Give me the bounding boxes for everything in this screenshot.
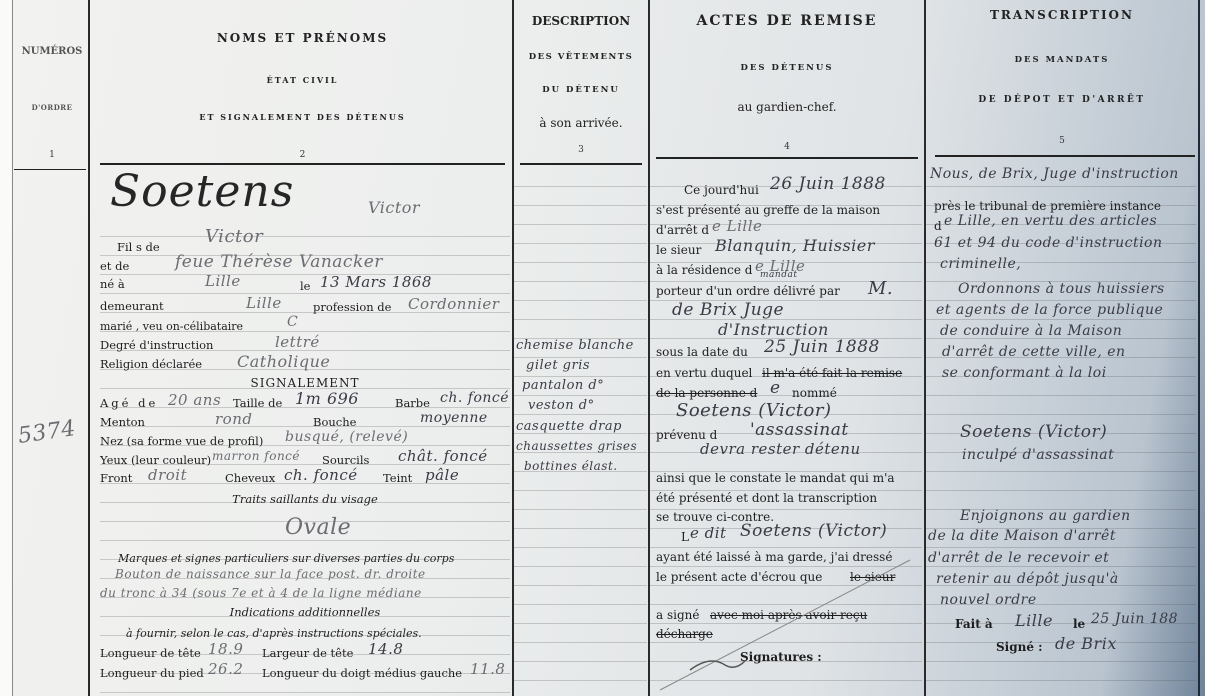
label-profession: profession de xyxy=(313,300,391,314)
column-number: 1 xyxy=(14,150,90,160)
transcription-line: Ordonnons à tous huissiers xyxy=(958,281,1165,297)
acte-text: e xyxy=(770,378,781,398)
acte-magistrat: M. xyxy=(868,278,893,299)
column-header-title: TRANSCRIPTION xyxy=(926,8,1198,22)
label-demeurant: demeurant xyxy=(100,299,164,313)
acte-text: nommé xyxy=(792,386,837,400)
acte-text-struck: de la personne d xyxy=(656,386,757,400)
column-header-subtitle: à son arrivée. xyxy=(514,116,648,130)
column-header-subtitle: DES DÉTENUS xyxy=(650,63,924,73)
header-rule-col1 xyxy=(14,169,86,170)
label-bouche: Bouche xyxy=(313,415,356,429)
label-instruction: Degré d'instruction xyxy=(100,338,213,352)
acte-text: ainsi que le constate le mandat qui m'a xyxy=(656,471,895,485)
acte-text-struck: il m'a été fait la remise xyxy=(762,366,902,380)
transcription-charge: inculpé d'assassinat xyxy=(962,447,1114,463)
value-cheveux: ch. foncé xyxy=(284,466,358,484)
value-ne-a: Lille xyxy=(205,272,241,290)
fait-a-label: Fait à xyxy=(955,617,993,631)
label-le: le xyxy=(300,279,310,293)
label-doigt-medius: Longueur du doigt médius gauche xyxy=(262,666,462,680)
acte-detenu-name: Soetens (Victor) xyxy=(676,400,832,421)
label-teint: Teint xyxy=(383,471,412,485)
label-yeux: Yeux (leur couleur) xyxy=(100,453,211,467)
acte-text: s'est présenté au greffe de la maison xyxy=(656,203,880,217)
acte-text: à la résidence d xyxy=(656,263,752,277)
value-age: 20 ans xyxy=(168,391,221,409)
column-header-title: NOMS ET PRÉNOMS xyxy=(100,31,505,45)
value-birth-date: 13 Mars 1868 xyxy=(320,273,432,291)
label-age: Agé de xyxy=(100,396,158,410)
column-header-title: DESCRIPTION xyxy=(514,14,648,28)
value-doigt-medius: 11.8 xyxy=(470,660,505,678)
value-longueur-pied: 26.2 xyxy=(208,660,243,678)
indications-subtitle: à fournir, selon le cas, d'après instruc… xyxy=(126,627,422,640)
column-number: 2 xyxy=(100,150,505,160)
transcription-line: e Lille, en vertu des articles xyxy=(944,213,1157,229)
transcription-line: retenir au dépôt jusqu'à xyxy=(936,571,1119,587)
indications-title: Indications additionnelles xyxy=(100,605,510,619)
column-header-subtitle: DU DÉTENU xyxy=(514,85,648,95)
acte-text: été présenté et dont la transcription xyxy=(656,491,877,505)
label-taille: Taille de xyxy=(233,396,282,410)
header-rule-col5 xyxy=(935,155,1195,157)
label-largeur-tete: Largeur de tête xyxy=(262,646,353,660)
acte-detenu-name: Soetens (Victor) xyxy=(740,521,887,541)
value-traits: Ovale xyxy=(285,515,351,540)
column-header-subtitle: D'ORDRE xyxy=(14,103,90,112)
acte-text: d'arrêt d xyxy=(656,223,709,237)
acte-mandat-date: 25 Juin 1888 xyxy=(764,337,880,357)
column-header-subtitle: DE DÉPOT ET D'ARRÊT xyxy=(926,95,1198,105)
value-sourcils: chât. foncé xyxy=(398,447,488,465)
transcription-line: criminelle, xyxy=(940,256,1021,272)
label-traits: Traits saillants du visage xyxy=(100,492,510,506)
detainee-surname: Soetens xyxy=(110,166,294,217)
label-longueur-pied: Longueur du pied xyxy=(100,666,204,680)
acte-huissier: Blanquin, Huissier xyxy=(715,236,875,255)
value-demeurant: Lille xyxy=(246,294,282,312)
fait-le-label: le xyxy=(1073,617,1085,631)
transcription-line: nouvel ordre xyxy=(940,592,1037,608)
label-religion: Religion déclarée xyxy=(100,357,202,371)
value-longueur-tete: 18.9 xyxy=(208,640,243,658)
transcription-line: 61 et 94 du code d'instruction xyxy=(934,235,1163,251)
column-border-6 xyxy=(1198,0,1200,696)
clothes-item: chaussettes grises xyxy=(516,439,637,453)
transcription-line: d'arrêt de le recevoir et xyxy=(928,550,1109,566)
acte-text: en vertu duquel xyxy=(656,366,752,380)
signature-strokes xyxy=(650,540,925,696)
transcription-line: d'arrêt de cette ville, en xyxy=(942,344,1126,360)
acte-magistrat: de Brix Juge xyxy=(672,300,784,320)
value-front: droit xyxy=(148,466,187,484)
label-longueur-tete: Longueur de tête xyxy=(100,646,201,660)
value-menton: rond xyxy=(215,410,252,428)
transcription-line: se conformant à la loi xyxy=(942,365,1107,381)
column-number: 3 xyxy=(514,145,648,155)
fait-a-place: Lille xyxy=(1015,611,1053,630)
label-marques: Marques et signes particuliers sur diver… xyxy=(118,552,454,565)
value-instruction: lettré xyxy=(275,333,320,351)
value-et-de: feue Thérèse Vanacker xyxy=(175,252,383,272)
clothes-item: casquette drap xyxy=(516,419,622,434)
transcription-name: Soetens (Victor) xyxy=(960,422,1107,442)
header-rule-col2 xyxy=(100,163,505,165)
value-marital-status: C xyxy=(287,314,298,330)
label-marital-status: marié , veu on-célibataire xyxy=(100,320,243,333)
transcription-line: de conduire à la Maison xyxy=(940,323,1122,339)
column-number: 4 xyxy=(650,142,924,152)
clothes-item: bottines élast. xyxy=(524,459,618,473)
clothes-item: gilet gris xyxy=(526,358,590,373)
label-cheveux: Cheveux xyxy=(225,471,275,485)
detainee-firstname: Victor xyxy=(368,198,420,217)
acte-text: porteur d'un ordre délivré par xyxy=(656,284,840,298)
value-largeur-tete: 14.8 xyxy=(368,640,403,658)
acte-text: Ce jourd'hui xyxy=(684,183,759,197)
transcription-print: d xyxy=(934,219,942,233)
transcription-line: Nous, de Brix, Juge d'instruction xyxy=(930,166,1179,182)
value-marques-line-1: Bouton de naissance sur la face post. dr… xyxy=(115,567,426,581)
value-yeux: marron foncé xyxy=(212,449,300,463)
label-barbe: Barbe xyxy=(395,396,430,410)
signalement-title: SIGNALEMENT xyxy=(100,376,510,390)
column-border-1 xyxy=(12,0,13,696)
column-number: 5 xyxy=(926,136,1198,146)
column-header-subtitle: ÉTAT CIVIL xyxy=(100,75,505,85)
column-header-title: NUMÉROS xyxy=(14,46,90,57)
value-barbe: ch. foncé xyxy=(440,390,509,406)
acte-date: 26 Juin 1888 xyxy=(770,174,886,194)
order-number: 5374 xyxy=(17,416,78,449)
transcription-line: de la dite Maison d'arrêt xyxy=(928,528,1116,544)
acte-text: devra rester détenu xyxy=(700,440,861,458)
value-profession: Cordonnier xyxy=(408,295,499,313)
acte-text: le sieur xyxy=(656,243,701,257)
acte-text: sous la date du xyxy=(656,345,748,359)
column-header-title: ACTES DE REMISE xyxy=(650,13,924,29)
column-header-subtitle: DES VÊTEMENTS xyxy=(514,52,648,62)
signe-value: de Brix xyxy=(1055,634,1117,653)
header-rule-col4 xyxy=(656,157,918,159)
transcription-line: Enjoignons au gardien xyxy=(960,508,1131,524)
label-et-de: et de xyxy=(100,259,129,273)
signe-label: Signé : xyxy=(996,640,1043,654)
label-menton: Menton xyxy=(100,415,145,429)
label-sourcils: Sourcils xyxy=(322,453,369,467)
acte-prevention: 'assassinat xyxy=(750,420,849,440)
label-front: Front xyxy=(100,471,132,485)
clothes-item: chemise blanche xyxy=(516,338,634,353)
header-rule-col3 xyxy=(520,163,642,165)
column-header-subtitle: DES MANDATS xyxy=(926,55,1198,65)
value-marques-line-2: du tronc à 34 (sous 7e et à 4 de la lign… xyxy=(100,586,422,600)
label-fils-de: Fil s de xyxy=(117,240,160,254)
clothes-item: pantalon d° xyxy=(522,378,604,393)
fait-date: 25 Juin 188 xyxy=(1091,611,1178,627)
value-taille: 1m 696 xyxy=(295,389,359,408)
left-margin xyxy=(0,0,12,696)
value-religion: Catholique xyxy=(237,352,330,371)
acte-insertion: mandat xyxy=(760,270,797,280)
acte-lieu: e Lille xyxy=(712,217,762,235)
label-ne-a: né à xyxy=(100,277,125,291)
column-header-subtitle: au gardien-chef. xyxy=(650,100,924,114)
value-teint: pâle xyxy=(425,466,459,484)
column-header-subtitle: ET SIGNALEMENT DES DÉTENUS xyxy=(100,112,505,122)
value-nez: busqué, (relevé) xyxy=(285,429,408,445)
clothes-item: veston d° xyxy=(528,398,595,413)
value-fils-de: Victor xyxy=(205,226,263,247)
transcription-line: et agents de la force publique xyxy=(936,302,1163,318)
label-nez: Nez (sa forme vue de profil) xyxy=(100,434,263,448)
transcription-print: près le tribunal de première instance xyxy=(934,199,1161,213)
value-bouche: moyenne xyxy=(420,410,488,426)
